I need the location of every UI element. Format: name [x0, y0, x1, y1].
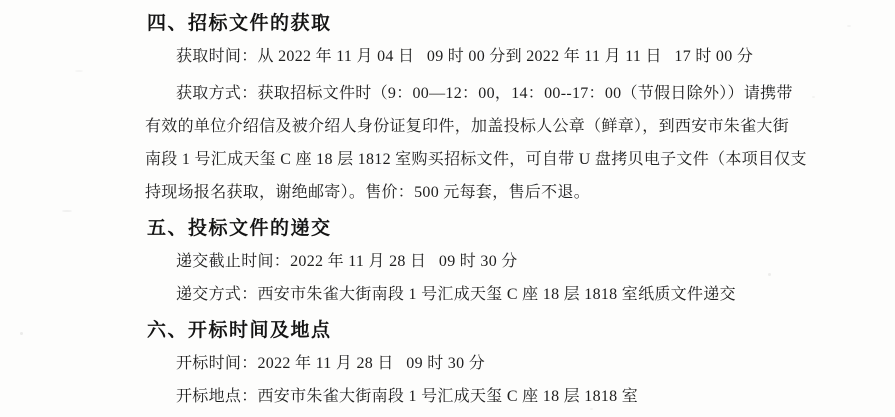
paragraph-line: 获取时间：从 2022 年 11 月 04 日 09 时 00 分到 2022 … — [145, 40, 775, 73]
paragraph-line: 开标地点：西安市朱雀大街南段 1 号汇成天玺 C 座 18 层 1818 室 — [145, 380, 775, 413]
paragraph-line: 持现场报名获取，谢绝邮寄）。售价：500 元每套，售后不退。 — [145, 176, 775, 209]
section-bid-opening: 六、开标时间及地点 开标时间：2022 年 11 月 28 日 09 时 30 … — [145, 314, 775, 413]
section-heading: 六、开标时间及地点 — [147, 314, 775, 347]
scan-speck — [20, 332, 23, 335]
paragraph-line: 开标时间：2022 年 11 月 28 日 09 时 30 分 — [145, 347, 775, 380]
paragraph-opening-time: 开标时间：2022 年 11 月 28 日 09 时 30 分 — [145, 347, 775, 380]
section-heading: 四、招标文件的获取 — [147, 7, 775, 40]
scan-speck — [62, 210, 72, 212]
section-tender-document-acquisition: 四、招标文件的获取 获取时间：从 2022 年 11 月 04 日 09 时 0… — [145, 7, 775, 209]
section-heading: 五、投标文件的递交 — [147, 212, 775, 245]
paragraph-submission-method: 递交方式：西安市朱雀大街南段 1 号汇成天玺 C 座 18 层 1818 室纸质… — [145, 278, 775, 311]
section-bid-submission: 五、投标文件的递交 递交截止时间：2022 年 11 月 28 日 09 时 3… — [145, 212, 775, 311]
paragraph-line: 获取方式：获取招标文件时（9：00—12：00，14：00--17：00（节假日… — [145, 77, 775, 110]
paragraph-acquisition-method: 获取方式：获取招标文件时（9：00—12：00，14：00--17：00（节假日… — [145, 77, 775, 209]
paragraph-submission-deadline: 递交截止时间：2022 年 11 月 28 日 09 时 30 分 — [145, 245, 775, 278]
document-content: 四、招标文件的获取 获取时间：从 2022 年 11 月 04 日 09 时 0… — [145, 4, 775, 413]
scan-speck — [75, 70, 83, 72]
scan-speck — [847, 25, 851, 27]
paragraph-line: 有效的单位介绍信及被介绍人身份证复印件，加盖投标人公章（鲜章），到西安市朱雀大街 — [145, 110, 775, 143]
scan-speck — [812, 96, 815, 98]
paragraph-acquisition-time: 获取时间：从 2022 年 11 月 04 日 09 时 00 分到 2022 … — [145, 40, 775, 73]
paragraph-line: 递交截止时间：2022 年 11 月 28 日 09 时 30 分 — [145, 245, 775, 278]
paragraph-opening-place: 开标地点：西安市朱雀大街南段 1 号汇成天玺 C 座 18 层 1818 室 — [145, 380, 775, 413]
document-page: 四、招标文件的获取 获取时间：从 2022 年 11 月 04 日 09 时 0… — [0, 0, 895, 417]
paragraph-line: 南段 1 号汇成天玺 C 座 18 层 1812 室购买招标文件，可自带 U 盘… — [145, 143, 775, 176]
paragraph-line: 递交方式：西安市朱雀大街南段 1 号汇成天玺 C 座 18 层 1818 室纸质… — [145, 278, 775, 311]
